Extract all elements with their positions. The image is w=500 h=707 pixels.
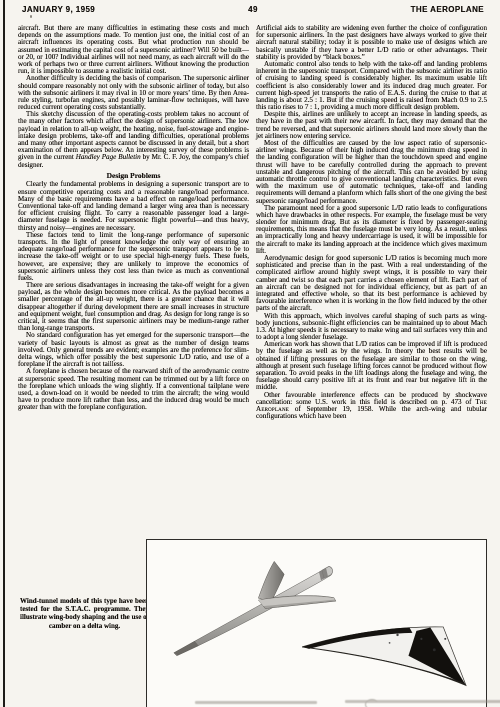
wind-tunnel-models-photo: [146, 539, 487, 707]
paragraph-text: of September 19, 1958. While the arch-wi…: [256, 405, 487, 420]
delta-wing-model-illustration: [302, 627, 466, 686]
article-paragraph: Artificial aids to stability are widenin…: [256, 25, 487, 61]
article-column-right: Artificial aids to stability are widenin…: [256, 25, 487, 420]
article-paragraph: No standard configuration has yet emerge…: [18, 332, 249, 368]
article-paragraph: Clearly the fundamental problems in desi…: [18, 181, 249, 231]
article-paragraph: Despite this, airlines are unlikely to a…: [256, 111, 487, 140]
page-header: JANUARY 9, 1959 49 THE AEROPLANE: [22, 5, 484, 17]
header-date: JANUARY 9, 1959: [22, 5, 95, 14]
article-paragraph: Another difficulty is deciding the basis…: [18, 75, 249, 111]
article-paragraph: Other favourable interference effects ca…: [256, 392, 487, 421]
cutoff-mark: [195, 701, 317, 704]
article-paragraph: American work has shown that L/D ratios …: [256, 341, 487, 391]
scan-edge-line: [3, 0, 5, 707]
article-paragraph: Aerodynamic design for good supersonic L…: [256, 255, 487, 313]
cutoff-mark: [365, 699, 379, 707]
cutoff-print-marks: [147, 697, 486, 707]
article-paragraph: Automatic control also tends to help wit…: [256, 61, 487, 111]
article-paragraph: aircraft. But there are many difficultie…: [18, 25, 249, 75]
article-paragraph: With this approach, which involves caref…: [256, 313, 487, 342]
article-paragraph: There are serious disadvantages in incre…: [18, 282, 249, 332]
section-heading: Design Problems: [18, 172, 249, 179]
article-paragraph: A foreplane is chosen because of the rea…: [18, 368, 249, 411]
paragraph-text: Other favourable interference effects ca…: [256, 391, 487, 406]
article-paragraph: These factors tend to limit the long-ran…: [18, 232, 249, 282]
article-column-left: aircraft. But there are many difficultie…: [18, 25, 249, 411]
header-page-number: 49: [248, 5, 258, 14]
dart-model-illustration: [174, 561, 336, 655]
article-paragraph: This sketchy discussion of the operating…: [18, 111, 249, 169]
photo-caption: Wind-tunnel models of this type have bee…: [20, 597, 149, 630]
wind-tunnel-models-illustration: [147, 540, 486, 697]
article-paragraph: Most of the difficulties are caused by t…: [256, 140, 487, 205]
publication-name-italic: Handley Page Bulletin: [76, 153, 141, 161]
header-magazine-title: THE AEROPLANE: [411, 5, 484, 14]
magazine-page: JANUARY 9, 1959 49 THE AEROPLANE aircraf…: [0, 0, 500, 707]
article-paragraph: The paramount need for a good supersonic…: [256, 205, 487, 255]
